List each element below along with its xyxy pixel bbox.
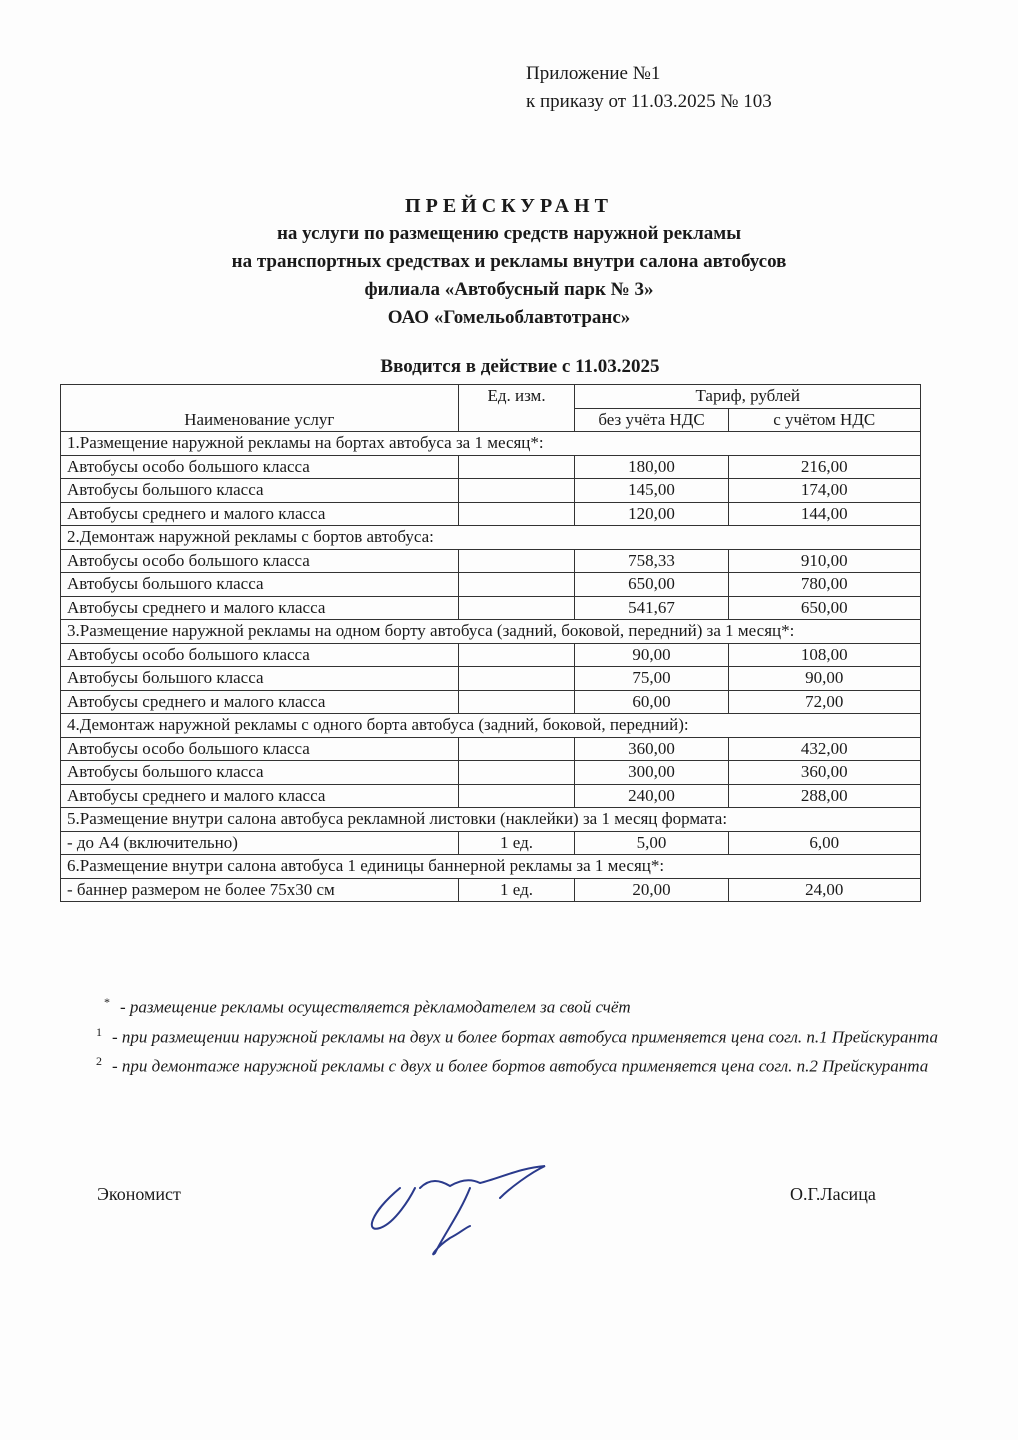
service-name: Автобусы среднего и малого класса [61,690,459,714]
service-name: Автобусы среднего и малого класса [61,502,459,526]
table-row: Автобусы особо большого класса90,00108,0… [61,643,921,667]
price-without-vat: 758,33 [575,549,728,573]
price-without-vat: 20,00 [575,878,728,902]
section-title: 2.Демонтаж наружной рекламы с бортов авт… [61,526,921,550]
price-without-vat: 240,00 [575,784,728,808]
price-with-vat: 910,00 [728,549,920,573]
service-name: Автобусы среднего и малого класса [61,784,459,808]
table-row: Автобусы большого класса145,00174,00 [61,479,921,503]
price-without-vat: 145,00 [575,479,728,503]
header-name: Наименование услуг [61,385,459,432]
price-with-vat: 90,00 [728,667,920,691]
table-row: Автобусы среднего и малого класса541,676… [61,596,921,620]
table-row: Автобусы среднего и малого класса60,0072… [61,690,921,714]
service-name: Автобусы среднего и малого класса [61,596,459,620]
price-with-vat: 780,00 [728,573,920,597]
price-with-vat: 24,00 [728,878,920,902]
price-without-vat: 5,00 [575,831,728,855]
service-name: Автобусы большого класса [61,573,459,597]
service-name: Автобусы особо большого класса [61,643,459,667]
price-without-vat: 650,00 [575,573,728,597]
footnote-asterisk: *- размещение рекламы осуществляется рѐк… [96,990,956,1020]
signer-name: О.Г.Ласица [790,1184,876,1205]
section-row: 4.Демонтаж наружной рекламы с одного бор… [61,714,921,738]
title-line-1: на услуги по размещению средств наружной… [0,220,1018,248]
price-table: Наименование услуг Ед. изм. Тариф, рубле… [60,384,921,902]
unit-cell [458,737,575,761]
section-title: 5.Размещение внутри салона автобуса рекл… [61,808,921,832]
appendix-number: Приложение №1 [526,60,772,88]
table-row: Автобусы особо большого класса758,33910,… [61,549,921,573]
effective-date: Вводится в действие с 11.03.2025 [0,356,1018,378]
service-name: Автобусы особо большого класса [61,549,459,573]
price-without-vat: 541,67 [575,596,728,620]
service-name: Автобусы большого класса [61,667,459,691]
service-name: - до А4 (включительно) [61,831,459,855]
service-name: Автобусы особо большого класса [61,737,459,761]
section-title: 6.Размещение внутри салона автобуса 1 ед… [61,855,921,879]
signature-icon [360,1158,560,1258]
section-title: 1.Размещение наружной рекламы на бортах … [61,432,921,456]
header-tariff: Тариф, рублей [575,385,921,409]
section-row: 1.Размещение наружной рекламы на бортах … [61,432,921,456]
price-without-vat: 120,00 [575,502,728,526]
service-name: Автобусы большого класса [61,761,459,785]
header-without-vat: без учёта НДС [575,408,728,432]
table-row: Автобусы среднего и малого класса120,001… [61,502,921,526]
price-with-vat: 108,00 [728,643,920,667]
unit-cell [458,573,575,597]
price-with-vat: 432,00 [728,737,920,761]
price-without-vat: 360,00 [575,737,728,761]
appendix-order: к приказу от 11.03.2025 № 103 [526,88,772,116]
footnote-2: 2- при демонтаже наружной рекламы с двух… [96,1049,956,1079]
title-line-4: ОАО «Гомельоблавтотранс» [0,304,1018,332]
section-title: 3.Размещение наружной рекламы на одном б… [61,620,921,644]
unit-cell [458,643,575,667]
unit-cell: 1 ед. [458,878,575,902]
table-row: Автобусы особо большого класса180,00216,… [61,455,921,479]
price-without-vat: 60,00 [575,690,728,714]
price-with-vat: 144,00 [728,502,920,526]
table-row: Автобусы большого класса300,00360,00 [61,761,921,785]
appendix-reference: Приложение №1 к приказу от 11.03.2025 № … [526,60,772,116]
table-row: - баннер размером не более 75х30 см1 ед.… [61,878,921,902]
price-with-vat: 288,00 [728,784,920,808]
table-row: Автобусы особо большого класса360,00432,… [61,737,921,761]
price-without-vat: 180,00 [575,455,728,479]
unit-cell [458,667,575,691]
document-title: ПРЕЙСКУРАНТ на услуги по размещению сред… [0,192,1018,332]
section-row: 2.Демонтаж наружной рекламы с бортов авт… [61,526,921,550]
unit-cell [458,549,575,573]
section-row: 6.Размещение внутри салона автобуса 1 ед… [61,855,921,879]
table-row: Автобусы большого класса650,00780,00 [61,573,921,597]
price-with-vat: 216,00 [728,455,920,479]
price-with-vat: 174,00 [728,479,920,503]
table-row: Автобусы большого класса75,0090,00 [61,667,921,691]
unit-cell [458,455,575,479]
service-name: Автобусы особо большого класса [61,455,459,479]
table-row: - до А4 (включительно)1 ед.5,006,00 [61,831,921,855]
price-table-body: 1.Размещение наружной рекламы на бортах … [61,432,921,902]
header-unit: Ед. изм. [458,385,575,432]
price-without-vat: 75,00 [575,667,728,691]
footnotes: *- размещение рекламы осуществляется рѐк… [96,990,956,1079]
service-name: - баннер размером не более 75х30 см [61,878,459,902]
section-title: 4.Демонтаж наружной рекламы с одного бор… [61,714,921,738]
unit-cell: 1 ед. [458,831,575,855]
unit-cell [458,596,575,620]
section-row: 3.Размещение наружной рекламы на одном б… [61,620,921,644]
unit-cell [458,502,575,526]
unit-cell [458,761,575,785]
service-name: Автобусы большого класса [61,479,459,503]
unit-cell [458,479,575,503]
table-row: Автобусы среднего и малого класса240,002… [61,784,921,808]
title-line-3: филиала «Автобусный парк № 3» [0,276,1018,304]
unit-cell [458,784,575,808]
price-without-vat: 90,00 [575,643,728,667]
title-main: ПРЕЙСКУРАНТ [0,192,1018,220]
unit-cell [458,690,575,714]
header-with-vat: с учётом НДС [728,408,920,432]
section-row: 5.Размещение внутри салона автобуса рекл… [61,808,921,832]
signer-role: Экономист [97,1184,181,1205]
price-with-vat: 72,00 [728,690,920,714]
price-with-vat: 650,00 [728,596,920,620]
title-line-2: на транспортных средствах и рекламы внут… [0,248,1018,276]
price-with-vat: 6,00 [728,831,920,855]
price-without-vat: 300,00 [575,761,728,785]
price-with-vat: 360,00 [728,761,920,785]
footnote-1: 1- при размещении наружной рекламы на дв… [96,1020,956,1050]
